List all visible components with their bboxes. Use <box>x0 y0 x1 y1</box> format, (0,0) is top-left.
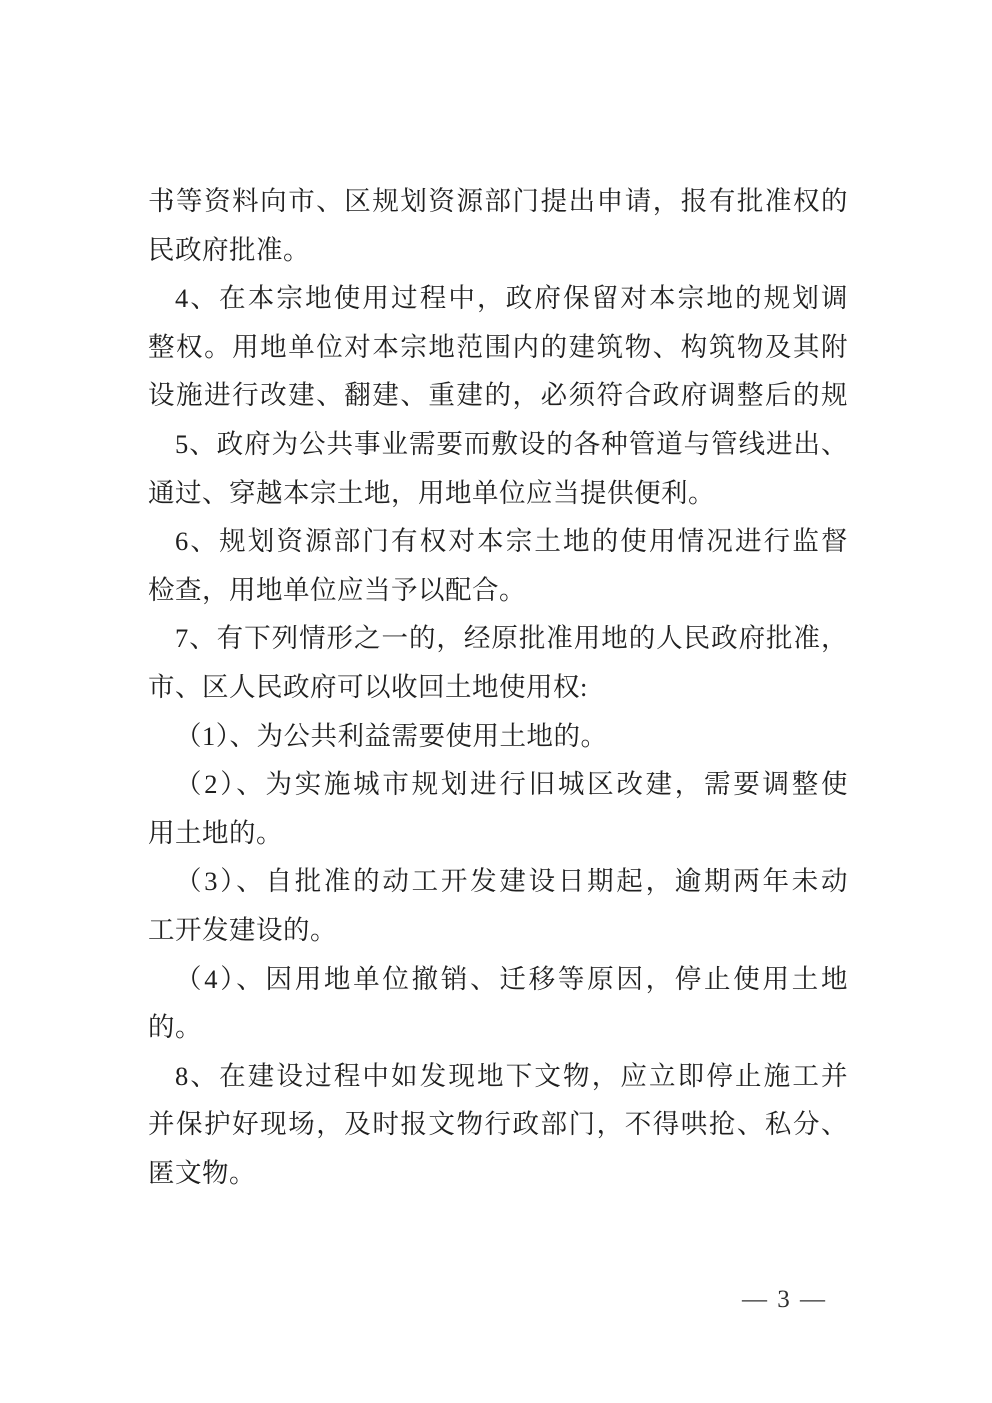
text-line: 市、区人民政府可以收回土地使用权: <box>148 663 848 712</box>
document-page: 书等资料向市、区规划资源部门提出申请，报有批准权的人民政府批准。4、在本宗地使用… <box>0 0 992 1403</box>
text-line: 检查，用地单位应当予以配合。 <box>148 566 848 615</box>
document-body: 书等资料向市、区规划资源部门提出申请，报有批准权的人民政府批准。4、在本宗地使用… <box>148 177 848 1197</box>
text-line: 匿文物。 <box>148 1149 848 1198</box>
text-line: 整权。用地单位对本宗地范围内的建筑物、构筑物及其附属 <box>148 323 848 372</box>
text-line: 通过、穿越本宗土地，用地单位应当提供便利。 <box>148 469 848 518</box>
text-line: 并保护好现场，及时报文物行政部门，不得哄抢、私分、藏 <box>148 1100 848 1149</box>
text-line: 4、在本宗地使用过程中，政府保留对本宗地的规划调 <box>148 274 848 323</box>
text-line: （4）、因用地单位撤销、迁移等原因，停止使用土地 <box>148 955 848 1004</box>
text-line: 书等资料向市、区规划资源部门提出申请，报有批准权的人 <box>148 177 848 226</box>
text-line: 民政府批准。 <box>148 226 848 275</box>
text-line: 8、在建设过程中如发现地下文物，应立即停止施工并 <box>148 1052 848 1101</box>
text-line: 的。 <box>148 1003 848 1052</box>
text-line: 5、政府为公共事业需要而敷设的各种管道与管线进出、 <box>148 420 848 469</box>
page-number: — 3 — <box>742 1285 827 1315</box>
text-line: 工开发建设的。 <box>148 906 848 955</box>
text-line: 设施进行改建、翻建、重建的，必须符合政府调整后的规划。 <box>148 371 848 420</box>
text-line: 用土地的。 <box>148 809 848 858</box>
text-line: （2）、为实施城市规划进行旧城区改建，需要调整使 <box>148 760 848 809</box>
text-line: （1）、为公共利益需要使用土地的。 <box>148 712 848 761</box>
text-line: （3）、自批准的动工开发建设日期起，逾期两年未动 <box>148 857 848 906</box>
text-line: 7、有下列情形之一的，经原批准用地的人民政府批准， <box>148 614 848 663</box>
text-line: 6、规划资源部门有权对本宗土地的使用情况进行监督 <box>148 517 848 566</box>
